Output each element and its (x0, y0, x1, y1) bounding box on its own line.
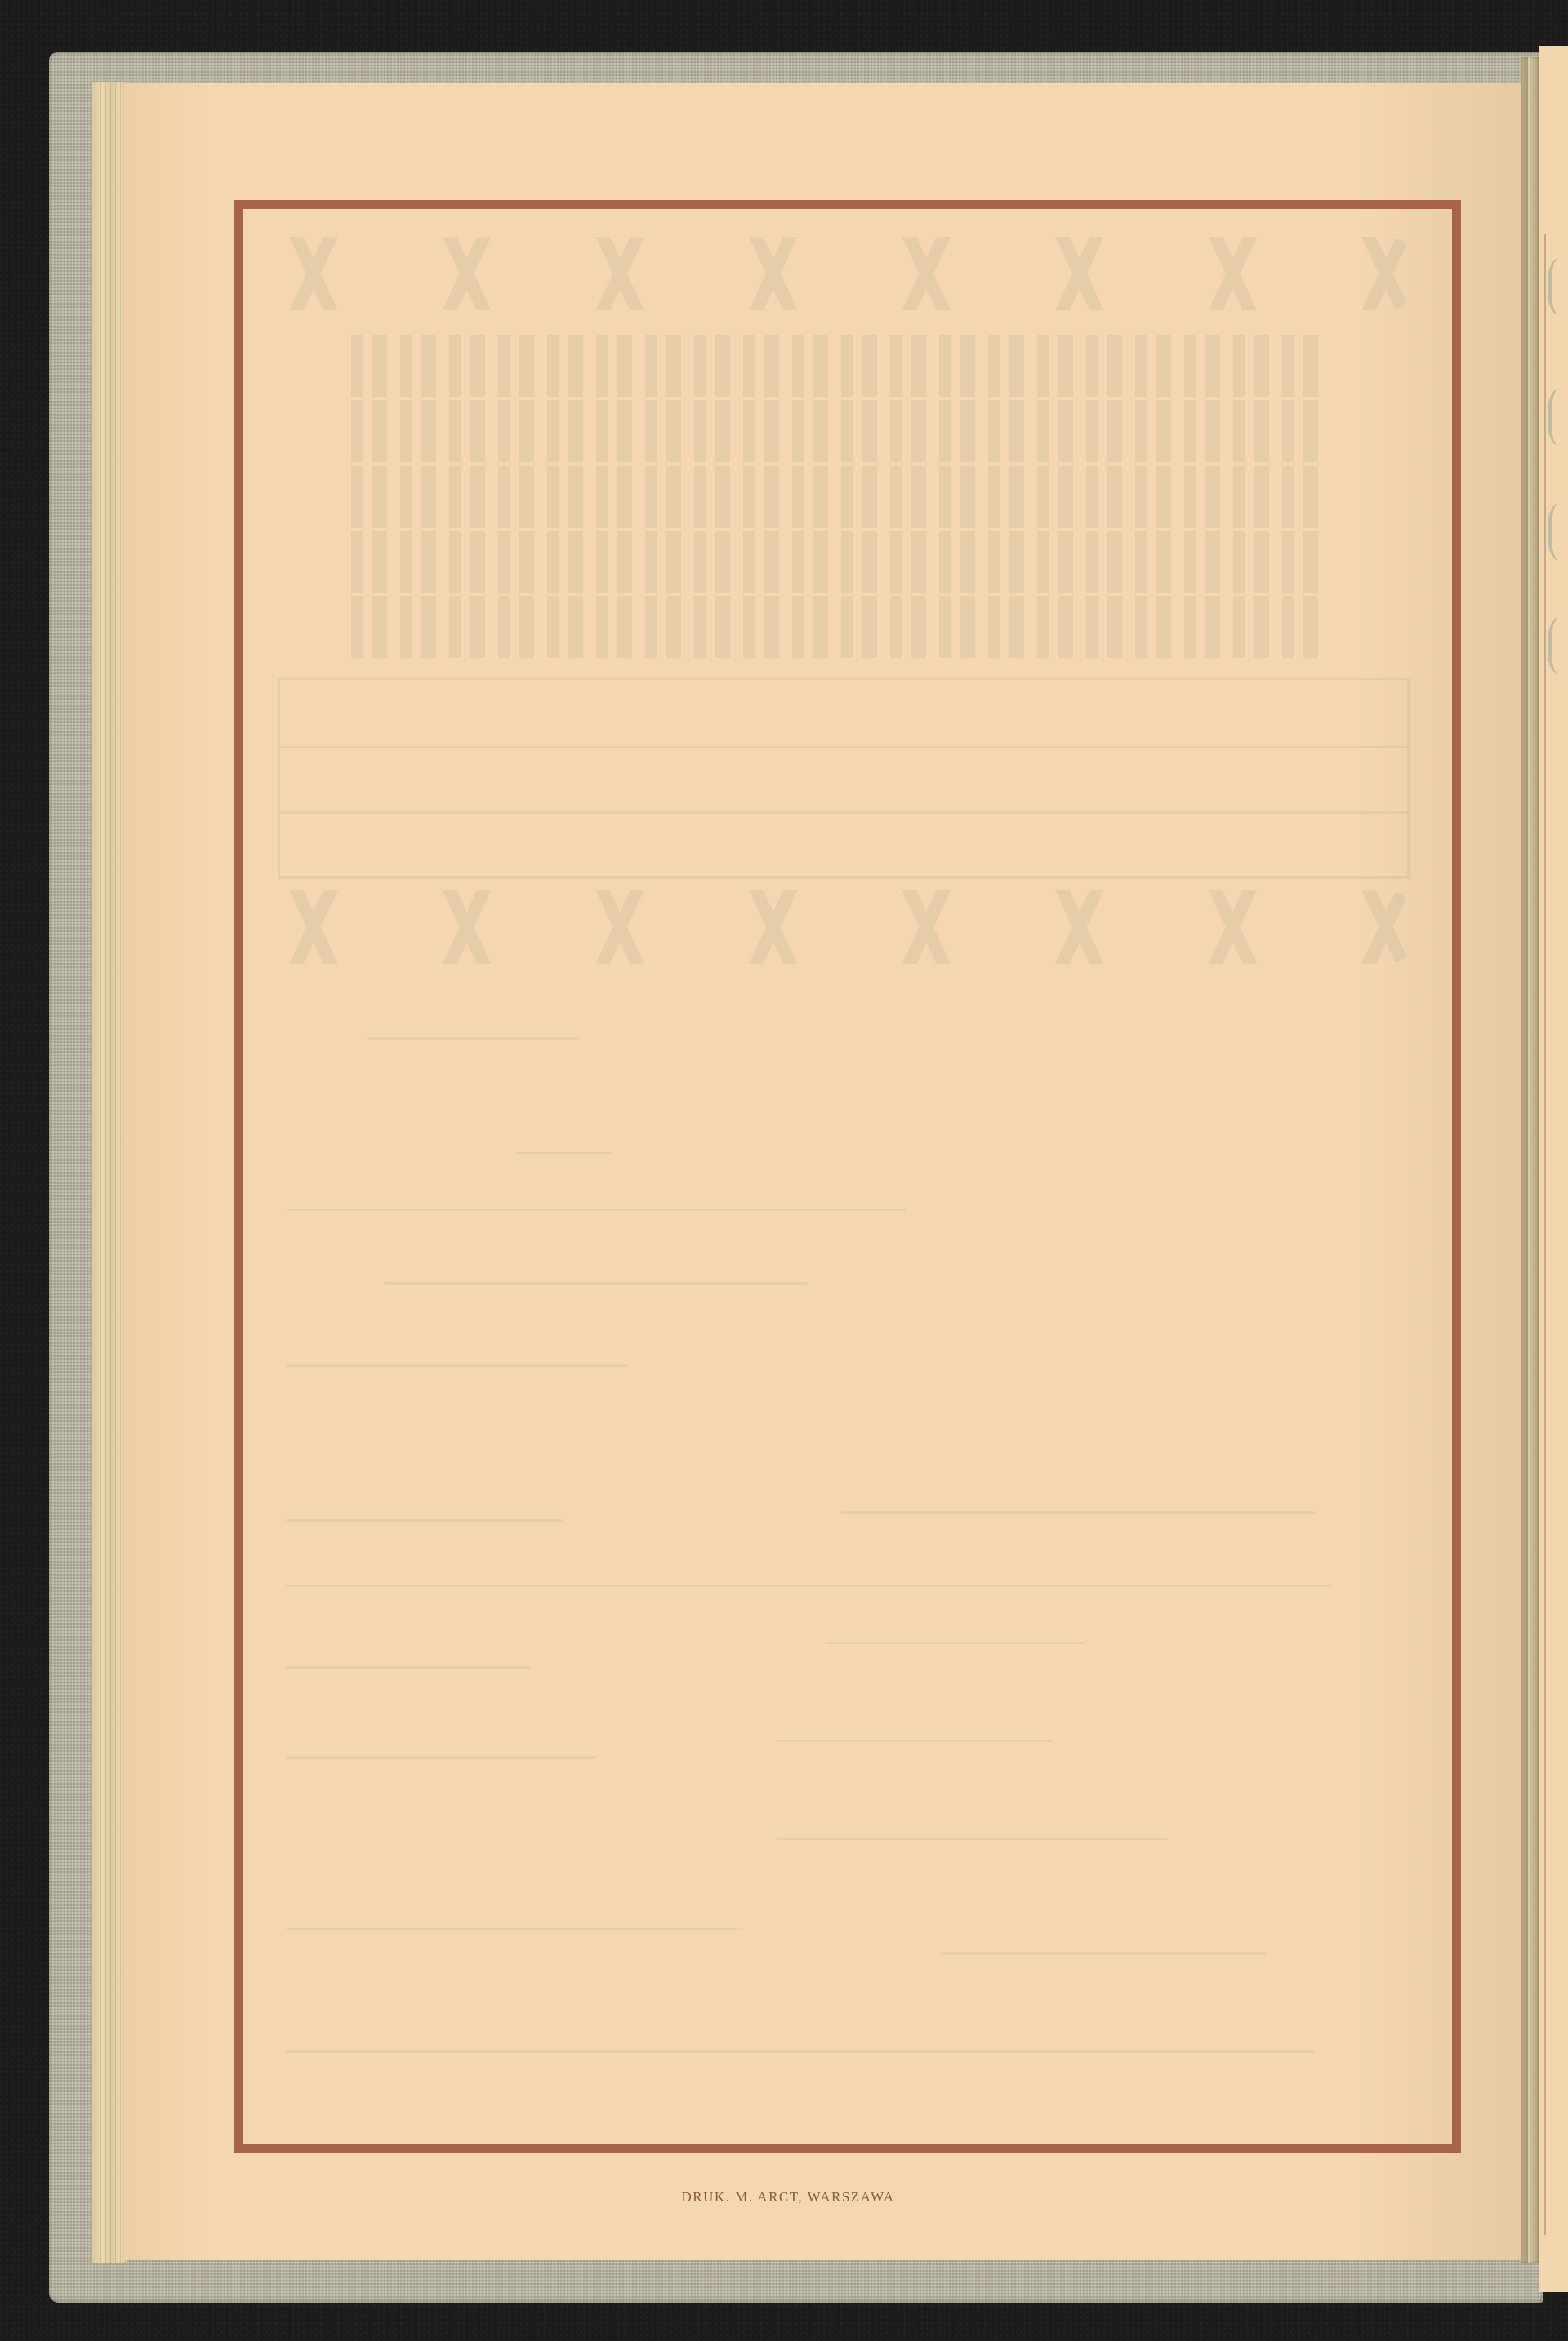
printed-red-border (234, 200, 1461, 2153)
facing-page-edge (1539, 46, 1568, 2292)
facing-ornament (1548, 618, 1568, 675)
facing-ornament (1548, 503, 1568, 560)
facing-ornament (1548, 258, 1568, 315)
facing-page-border (1544, 234, 1546, 2235)
page-edge-stack (91, 82, 127, 2263)
book-gutter (1521, 57, 1539, 2263)
facing-ornament (1548, 389, 1568, 446)
printer-imprint: DRUK. M. ARCT, WARSZAWA (0, 2189, 1568, 2205)
imprint-text: DRUK. M. ARCT, WARSZAWA (681, 2189, 894, 2205)
